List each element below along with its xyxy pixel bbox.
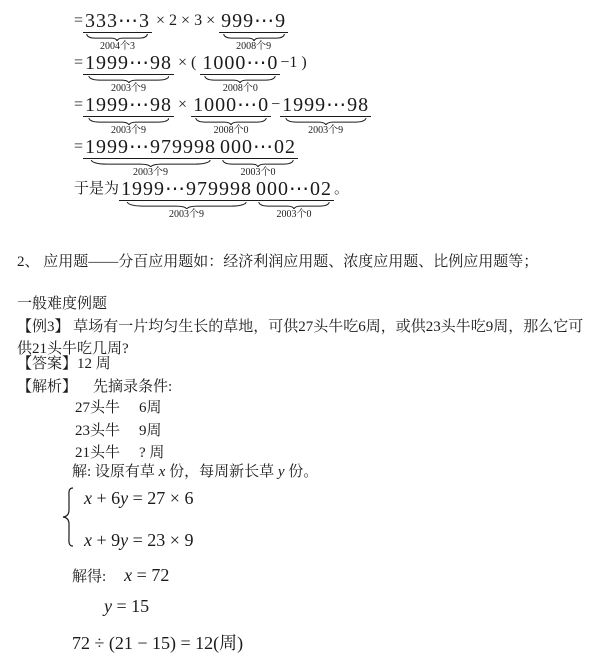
brace-number: 1000⋯0 bbox=[200, 52, 280, 75]
analysis-line: 【解析】先摘录条件: bbox=[17, 376, 172, 398]
section-heading: 2、 应用题——分百应用题如：经济利润应用题、浓度应用题、比例应用题等； bbox=[17, 251, 538, 273]
brace-label: 2003个9 bbox=[111, 125, 146, 136]
math-text: = 23 × 9 bbox=[128, 530, 193, 550]
brace-number: 333⋯3 bbox=[83, 10, 152, 33]
brace-label: 2003个9 bbox=[308, 125, 343, 136]
answer-label: 【答案】 bbox=[17, 356, 77, 372]
answer-value: 12 周 bbox=[77, 356, 111, 372]
underbrace-group: 333⋯32004个3 bbox=[83, 10, 152, 52]
underbrace-icon bbox=[86, 34, 148, 41]
solve-label: 解得: bbox=[72, 569, 106, 585]
underbrace-icon bbox=[223, 34, 285, 41]
final-computation: 72 ÷ (21 − 15) = 12(周) bbox=[72, 632, 243, 654]
brace-number: 999⋯9 bbox=[219, 10, 288, 33]
underbrace-icon bbox=[88, 118, 170, 125]
brace-number: 1999⋯979998 bbox=[83, 136, 218, 159]
math-operator-text: × ( bbox=[174, 52, 200, 74]
math-text: 份。 bbox=[285, 464, 319, 480]
derivation-block: =333⋯32004个3 × 2 × 3 × 999⋯92008个9=1999⋯… bbox=[74, 10, 371, 220]
math-operator-text: − bbox=[271, 94, 280, 116]
math-variable: x bbox=[84, 530, 92, 550]
x-value: x = 72 bbox=[124, 565, 169, 585]
brace-label: 2008个0 bbox=[214, 125, 249, 136]
brace-number: 000⋯02 bbox=[254, 178, 334, 201]
conditions-list: 27头牛6周23头牛9周21头牛? 周 bbox=[75, 397, 164, 465]
underbrace-icon bbox=[90, 160, 212, 167]
equation-2: x + 9y = 23 × 9 bbox=[84, 529, 193, 551]
underbrace-icon bbox=[195, 118, 267, 125]
analysis-intro: 先摘录条件: bbox=[93, 379, 172, 395]
solve-x-line: 解得:x = 72 bbox=[72, 564, 169, 588]
math-text: = 15 bbox=[112, 596, 149, 616]
example-label: 【例3】 bbox=[17, 319, 70, 335]
setup-sentence: 解: 设原有草 x 份，每周新长草 y 份。 bbox=[72, 461, 318, 483]
underbrace-group: 999⋯92008个9 bbox=[219, 10, 288, 52]
math-variable: x bbox=[124, 565, 132, 585]
underbrace-group: 1000⋯02008个0 bbox=[200, 52, 280, 94]
derivation-line: =1999⋯982003个9 × ( 1000⋯02008个0−1 ) bbox=[74, 52, 371, 94]
brace-number: 1999⋯98 bbox=[280, 94, 371, 117]
brace-number: 1000⋯0 bbox=[191, 94, 271, 117]
brace-number: 000⋯02 bbox=[218, 136, 298, 159]
equation-system: x + 6y = 27 × 6 x + 9y = 23 × 9 bbox=[62, 485, 282, 551]
underbrace-icon bbox=[88, 76, 170, 83]
derivation-line: 于是为1999⋯9799982003个9000⋯022003个0。 bbox=[74, 178, 371, 220]
math-operator-text: = bbox=[74, 10, 83, 32]
math-text: 份，每周新长草 bbox=[165, 464, 278, 480]
underbrace-group: 1999⋯982003个9 bbox=[83, 52, 174, 94]
math-operator-text: × 2 × 3 × bbox=[152, 10, 219, 32]
underbrace-group: 1999⋯982003个9 bbox=[280, 94, 371, 136]
math-text: + 6 bbox=[92, 488, 120, 508]
document-page: =333⋯32004个3 × 2 × 3 × 999⋯92008个9=1999⋯… bbox=[0, 0, 600, 659]
brace-number: 1999⋯98 bbox=[83, 52, 174, 75]
math-text: 解: 设原有草 bbox=[72, 464, 159, 480]
brace-label: 2008个9 bbox=[236, 41, 271, 52]
brace-label: 2008个0 bbox=[223, 83, 258, 94]
chinese-text: 。 bbox=[334, 178, 349, 200]
analysis-label: 【解析】 bbox=[17, 379, 77, 395]
weeks-count: 6周 bbox=[139, 397, 162, 420]
cows-count: 23头牛 bbox=[75, 420, 129, 443]
underbrace-group: 1999⋯9799982003个9 bbox=[119, 178, 254, 220]
underbrace-icon bbox=[285, 118, 367, 125]
brace-number: 1999⋯98 bbox=[83, 94, 174, 117]
underbrace-group: 1000⋯02008个0 bbox=[191, 94, 271, 136]
brace-label: 2003个0 bbox=[277, 209, 312, 220]
derivation-line: =333⋯32004个3 × 2 × 3 × 999⋯92008个9 bbox=[74, 10, 371, 52]
subsection-heading: 一般难度例题 bbox=[17, 293, 107, 315]
math-variable: y bbox=[278, 464, 285, 480]
underbrace-group: 000⋯022003个0 bbox=[218, 136, 298, 178]
underbrace-group: 1999⋯982003个9 bbox=[83, 94, 174, 136]
underbrace-group: 1999⋯9799982003个9 bbox=[83, 136, 218, 178]
math-variable: y bbox=[120, 488, 128, 508]
math-variable: y bbox=[104, 596, 112, 616]
math-variable: y bbox=[120, 530, 128, 550]
left-curly-brace-icon bbox=[62, 487, 75, 547]
brace-label: 2003个9 bbox=[111, 83, 146, 94]
underbrace-group: 000⋯022003个0 bbox=[254, 178, 334, 220]
cows-count: 27头牛 bbox=[75, 397, 129, 420]
math-operator-text: = bbox=[74, 52, 83, 74]
brace-label: 2003个9 bbox=[133, 167, 168, 178]
chinese-text: 于是为 bbox=[74, 178, 119, 200]
answer-line: 【答案】12 周 bbox=[17, 353, 111, 375]
derivation-line: =1999⋯9799982003个9000⋯022003个0 bbox=[74, 136, 371, 178]
weeks-count: 9周 bbox=[139, 420, 162, 443]
brace-label: 2003个9 bbox=[169, 209, 204, 220]
condition-row: 27头牛6周 bbox=[75, 397, 164, 420]
math-operator-text: × bbox=[174, 94, 191, 116]
underbrace-icon bbox=[222, 160, 294, 167]
math-variable: x bbox=[84, 488, 92, 508]
math-text: = 27 × 6 bbox=[128, 488, 193, 508]
underbrace-icon bbox=[126, 202, 248, 209]
brace-number: 1999⋯979998 bbox=[119, 178, 254, 201]
brace-label: 2003个0 bbox=[241, 167, 276, 178]
underbrace-icon bbox=[258, 202, 330, 209]
condition-row: 23头牛9周 bbox=[75, 420, 164, 443]
math-operator-text: −1 ) bbox=[280, 52, 306, 74]
math-text: + 9 bbox=[92, 530, 120, 550]
solve-y-line: y = 15 bbox=[104, 595, 149, 617]
math-text: = 72 bbox=[132, 565, 169, 585]
derivation-line: =1999⋯982003个9 × 1000⋯02008个0−1999⋯98200… bbox=[74, 94, 371, 136]
example-problem-line1: 草场有一片均匀生长的草地，可供27头牛吃6周，或供23头牛吃9周，那么它可 bbox=[70, 319, 584, 335]
brace-label: 2004个3 bbox=[100, 41, 135, 52]
math-operator-text: = bbox=[74, 94, 83, 116]
underbrace-icon bbox=[204, 76, 276, 83]
equation-1: x + 6y = 27 × 6 bbox=[84, 487, 193, 509]
math-operator-text: = bbox=[74, 136, 83, 158]
